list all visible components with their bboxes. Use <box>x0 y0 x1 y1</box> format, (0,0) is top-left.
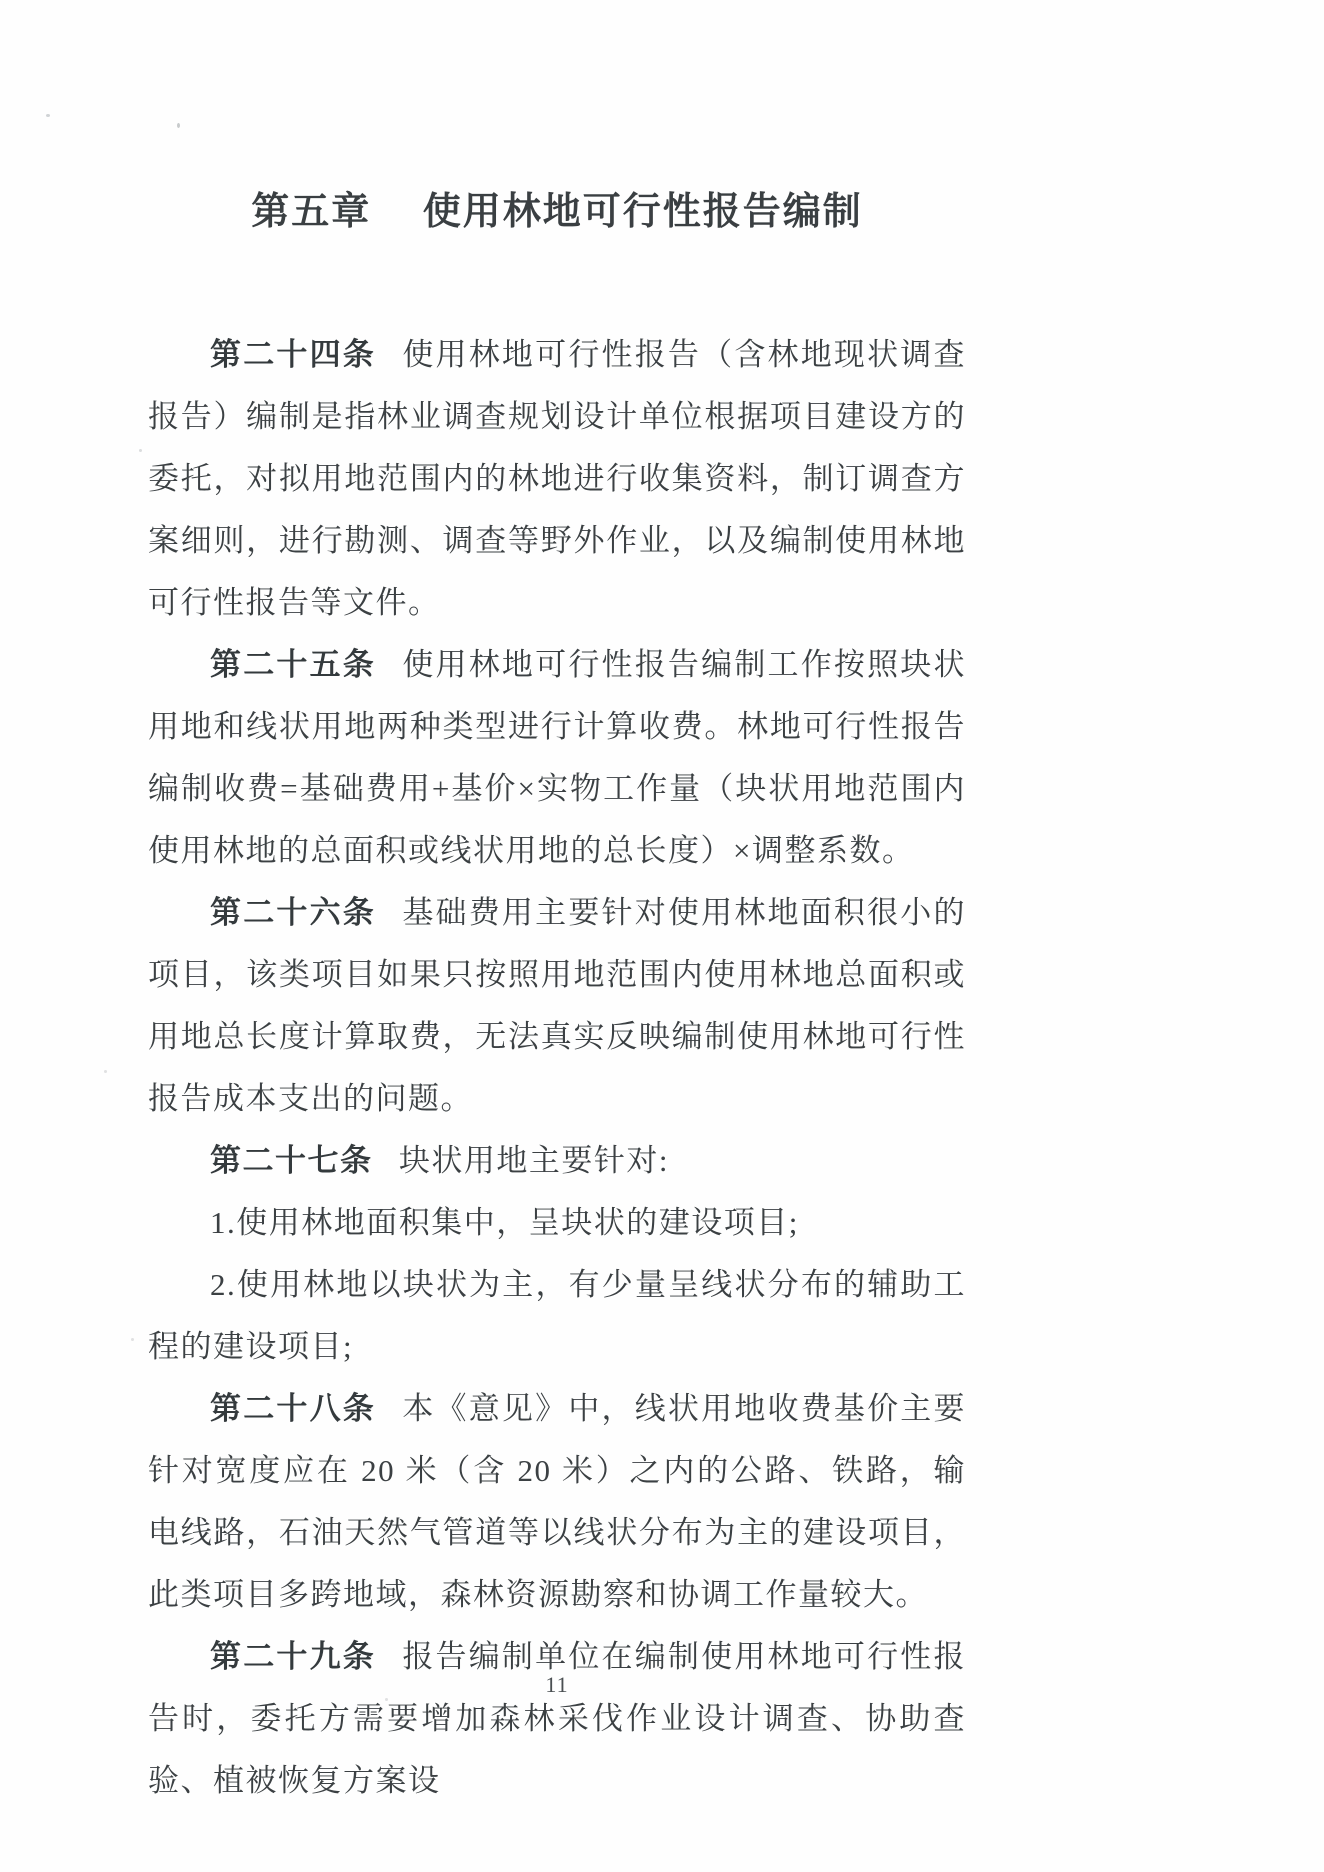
article-number-label: 第二十五条 <box>210 647 376 682</box>
article-paragraph-25: 第二十五条使用林地可行性报告编制工作按照块状用地和线状用地两种类型进行计算收费。… <box>148 634 966 882</box>
scan-artifact <box>131 1338 134 1341</box>
scan-artifact <box>104 1070 107 1073</box>
paragraph-text: 使用林地可行性报告（含林地现状调查报告）编制是指林业调查规划设计单位根据项目建设… <box>148 337 966 620</box>
list-item-1: 1.使用林地面积集中，呈块状的建设项目; <box>148 1192 966 1254</box>
article-paragraph-24: 第二十四条使用林地可行性报告（含林地现状调查报告）编制是指林业调查规划设计单位根… <box>148 324 966 634</box>
page-number: 11 <box>148 1672 966 1698</box>
paragraph-text: 1.使用林地面积集中，呈块状的建设项目; <box>210 1205 799 1240</box>
article-number-label: 第二十四条 <box>210 337 376 372</box>
paragraph-text: 2.使用林地以块状为主，有少量呈线状分布的辅助工程的建设项目; <box>148 1267 966 1364</box>
scanned-document-page: 第五章 使用林地可行性报告编制 第二十四条使用林地可行性报告（含林地现状调查报告… <box>0 0 1324 1872</box>
article-paragraph-27: 第二十七条块状用地主要针对: <box>148 1130 966 1192</box>
scan-artifact <box>46 114 50 117</box>
article-paragraph-28: 第二十八条本《意见》中，线状用地收费基价主要针对宽度应在 20 米（含 20 米… <box>148 1378 966 1626</box>
article-number-label: 第二十八条 <box>210 1391 376 1426</box>
chapter-title: 第五章 使用林地可行性报告编制 <box>148 190 966 236</box>
article-paragraph-26: 第二十六条基础费用主要针对使用林地面积很小的项目，该类项目如果只按照用地范围内使… <box>148 882 966 1130</box>
article-number-label: 第二十七条 <box>210 1143 373 1178</box>
scan-artifact <box>139 449 142 452</box>
article-number-label: 第二十九条 <box>210 1639 376 1674</box>
article-number-label: 第二十六条 <box>210 895 376 930</box>
list-item-2: 2.使用林地以块状为主，有少量呈线状分布的辅助工程的建设项目; <box>148 1254 966 1378</box>
article-paragraph-29: 第二十九条报告编制单位在编制使用林地可行性报告时，委托方需要增加森林采伐作业设计… <box>148 1626 966 1812</box>
paragraph-text: 块状用地主要针对: <box>399 1143 669 1178</box>
scan-artifact <box>177 123 180 128</box>
document-body: 第五章 使用林地可行性报告编制 第二十四条使用林地可行性报告（含林地现状调查报告… <box>148 190 966 1812</box>
